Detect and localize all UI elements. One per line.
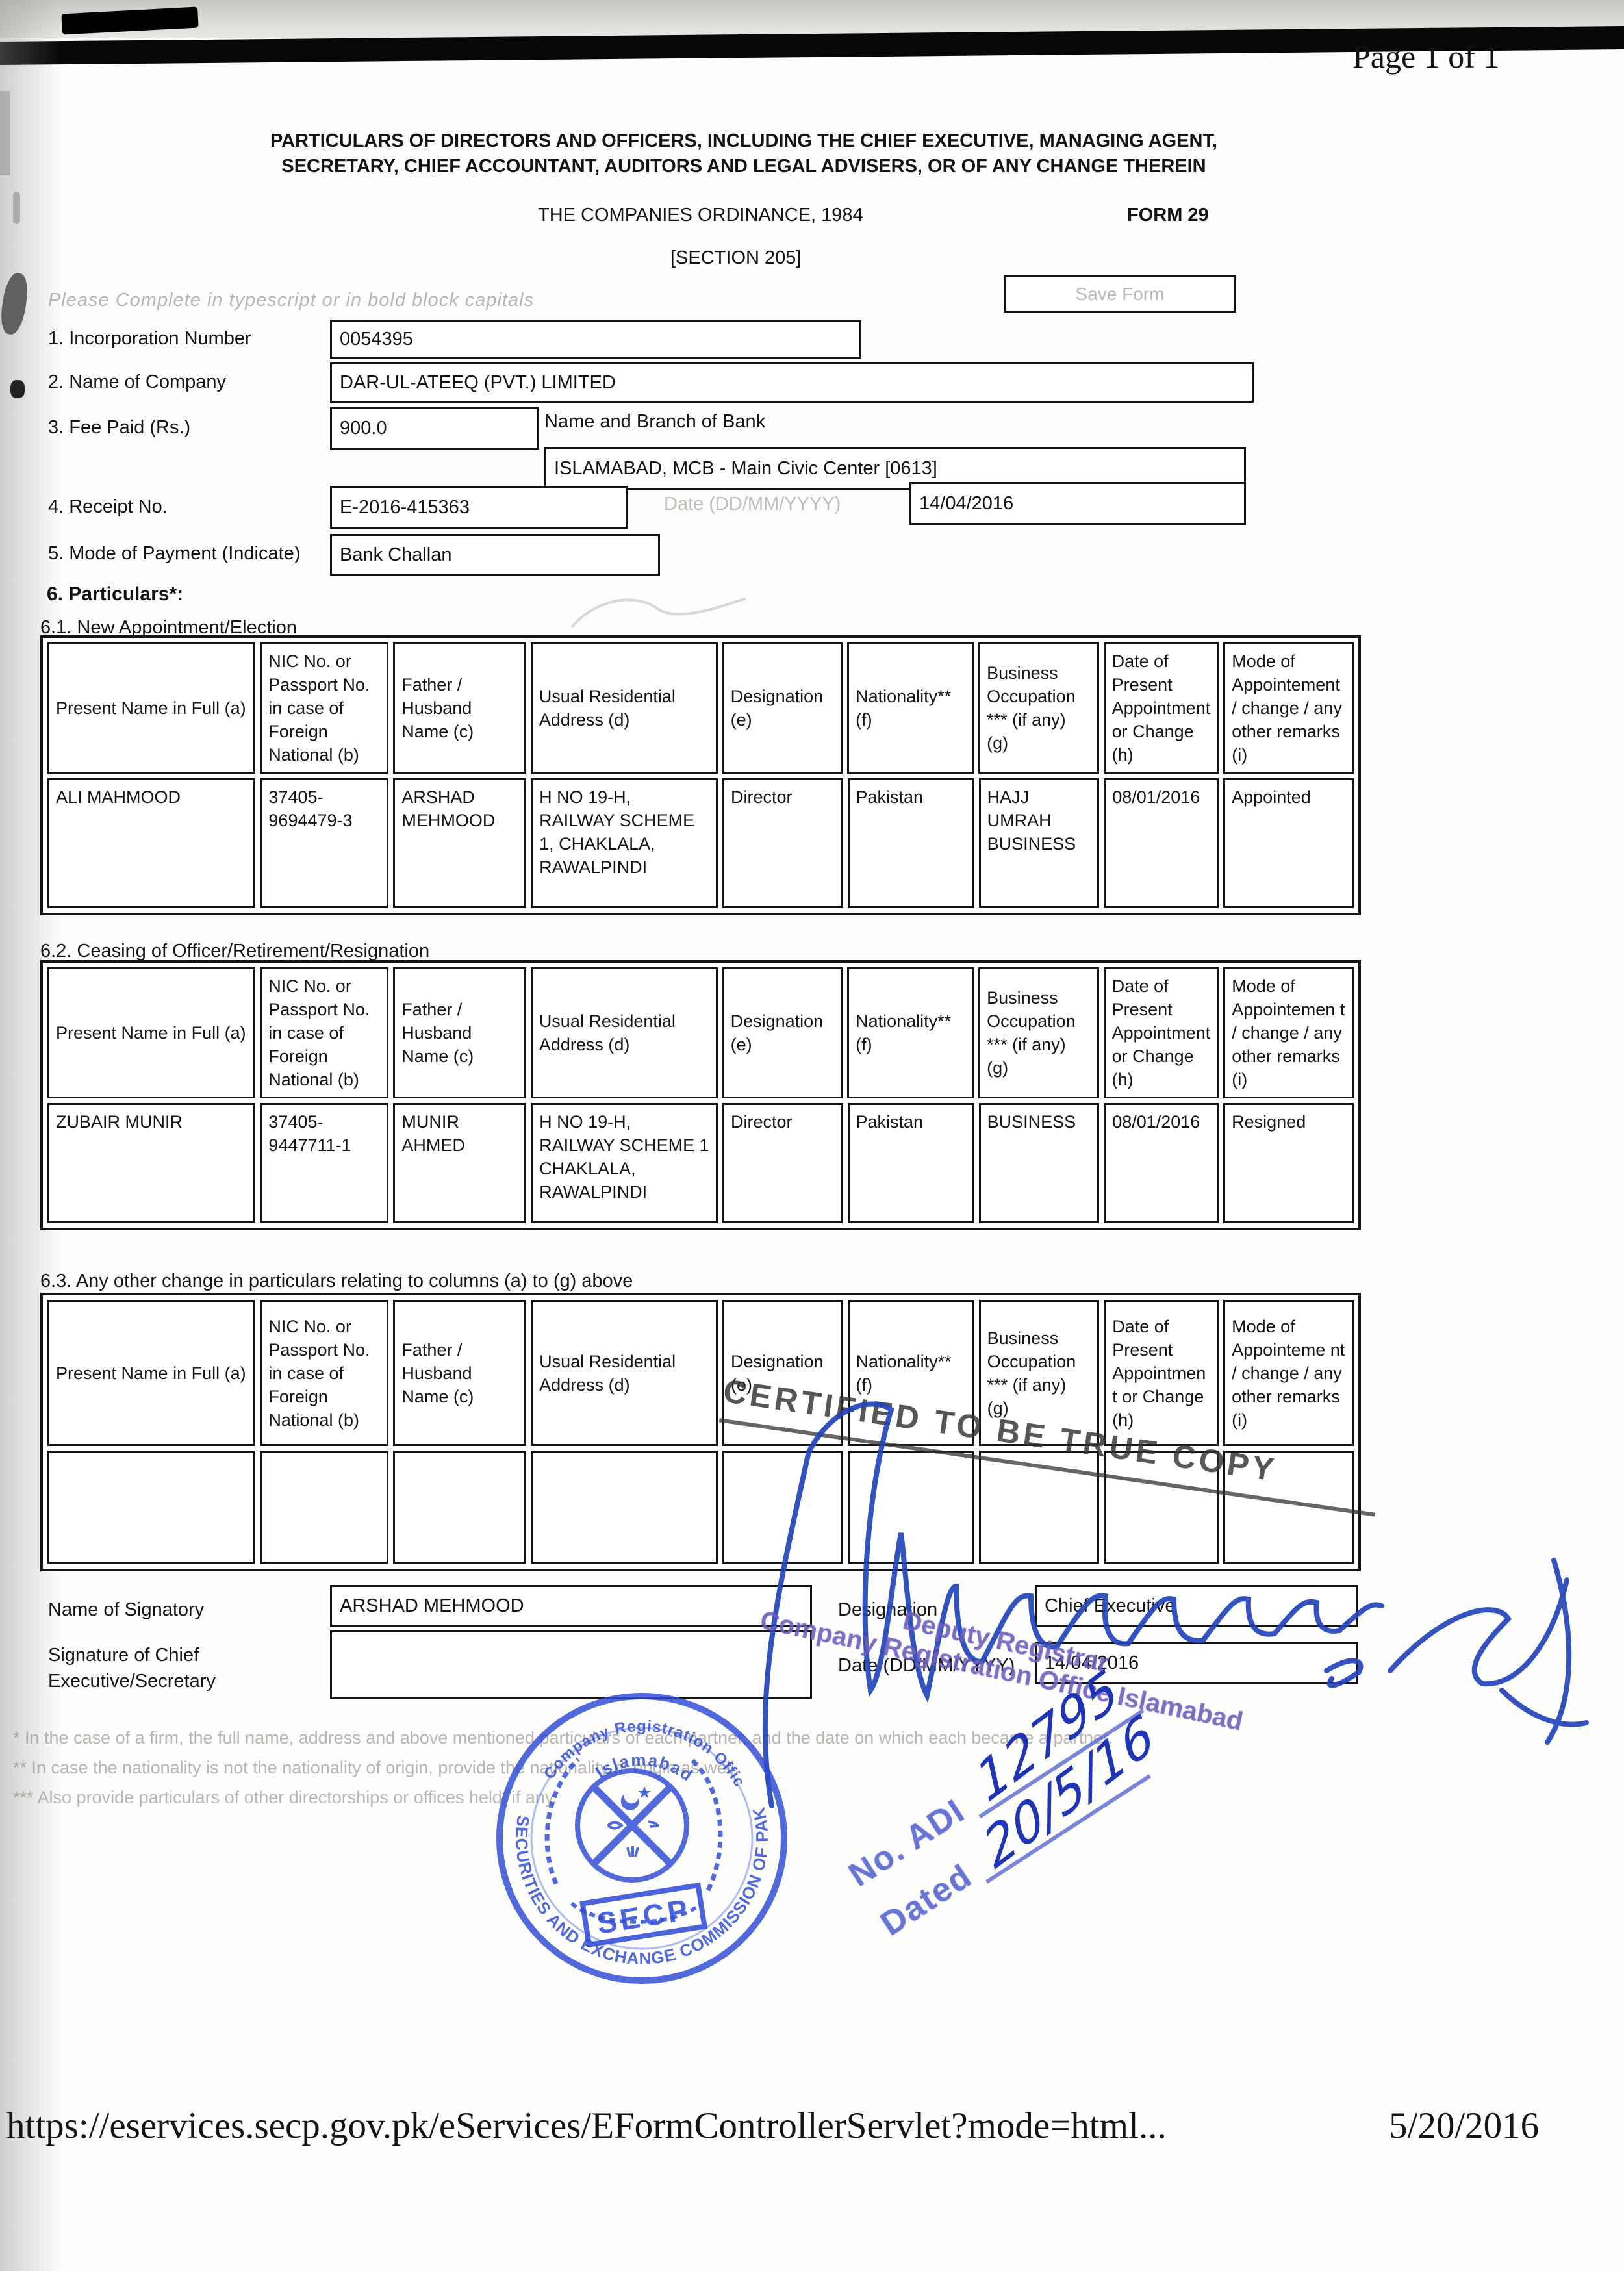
- table-61-cell-occupation: HAJJ UMRAH BUSINESS: [979, 778, 1100, 908]
- fee-paid-field[interactable]: 900.0: [330, 407, 539, 450]
- secp-stamp-city-text: Islamabad: [592, 1750, 697, 1786]
- scan-artifact-mark: [10, 380, 25, 398]
- table-61-cell-date: 08/01/2016: [1104, 778, 1219, 908]
- table-61-cell-father: ARSHAD MEHMOOD: [393, 778, 526, 908]
- table-61-cell-mode: Appointed: [1223, 778, 1354, 908]
- table-62-cell-date: 08/01/2016: [1104, 1103, 1219, 1223]
- page-indicator: Page 1 of 1: [1352, 38, 1499, 75]
- svg-text:Islamabad: Islamabad: [592, 1750, 697, 1786]
- receipt-no-label: 4. Receipt No.: [48, 496, 168, 518]
- save-form-button[interactable]: Save Form: [1004, 275, 1236, 313]
- table-61-cell-nic: 37405-9694479-3: [260, 778, 388, 908]
- form-number: FORM 29: [1127, 205, 1209, 226]
- signature-label: Signature of Chief Executive/Secretary: [48, 1642, 269, 1694]
- signature-flourish-ink: [1351, 1533, 1611, 1760]
- incorporation-number-label: 1. Incorporation Number: [48, 328, 251, 349]
- scanned-form-page: Page 1 of 1 PARTICULARS OF DIRECTORS AND…: [0, 0, 1624, 2271]
- receipt-date-label: Date (DD/MM/YYYY): [664, 494, 841, 515]
- payment-mode-field[interactable]: Bank Challan: [330, 534, 660, 576]
- table-62-header-b: NIC No. or Passport No. in case of Forei…: [260, 967, 388, 1098]
- footer-date: 5/20/2016: [1389, 2105, 1539, 2147]
- particulars-heading: 6. Particulars*:: [47, 583, 183, 605]
- table-62-header-f: Nationality** (f): [847, 967, 974, 1098]
- table-62-header-i: Mode of Appointemen t / change / any oth…: [1223, 967, 1354, 1098]
- table-61-header-e: Designation (e): [722, 642, 843, 774]
- incorporation-number-field[interactable]: 0054395: [330, 320, 861, 359]
- document-title: PARTICULARS OF DIRECTORS AND OFFICERS, I…: [257, 129, 1231, 179]
- ordinance-title: THE COMPANIES ORDINANCE, 1984: [538, 205, 863, 226]
- table-62-cell-occupation: BUSINESS: [979, 1103, 1100, 1223]
- table-62-cell-nationality: Pakistan: [848, 1103, 974, 1223]
- table-62-header-h: Date of Present Appointment or Change (h…: [1104, 967, 1219, 1098]
- table-61-header-row: Present Name in Full (a) NIC No. or Pass…: [47, 642, 1354, 774]
- table-62: Present Name in Full (a) NIC No. or Pass…: [40, 960, 1361, 1230]
- table-61-cell-designation: Director: [722, 778, 843, 908]
- fill-instruction: Please Complete in typescript or in bold…: [48, 290, 534, 311]
- document-title-line1: PARTICULARS OF DIRECTORS AND OFFICERS, I…: [257, 129, 1231, 154]
- table-63-header-a: Present Name in Full (a): [47, 1300, 255, 1446]
- table-62-cell-address: H NO 19-H, RAILWAY SCHEME 1 CHAKLALA, RA…: [531, 1103, 718, 1223]
- table-61-cell-address: H NO 19-H, RAILWAY SCHEME 1, CHAKLALA, R…: [531, 778, 718, 908]
- table-62-cell-mode: Resigned: [1223, 1103, 1354, 1223]
- section-63-title: 6.3. Any other change in particulars rel…: [40, 1271, 633, 1292]
- table-63-header-c: Father / Husband Name (c): [393, 1300, 526, 1446]
- table-61-header-d: Usual Residential Address (d): [531, 642, 718, 774]
- signatory-name-label: Name of Signatory: [48, 1599, 204, 1621]
- pencil-squiggle: [559, 581, 760, 643]
- table-61-header-f: Nationality** (f): [847, 642, 974, 774]
- table-61-header-g: Business Occupation *** (if any) (g): [978, 642, 1098, 774]
- secp-stamp-office-text: Company Registration Office: [494, 1688, 748, 1790]
- table-63-header-b: NIC No. or Passport No. in case of Forei…: [260, 1300, 388, 1446]
- footer-url: https://eservices.secp.gov.pk/eServices/…: [6, 2105, 1167, 2147]
- table-61-header-c: Father / Husband Name (c): [393, 642, 526, 774]
- company-name-label: 2. Name of Company: [48, 372, 226, 393]
- section-62-title: 6.2. Ceasing of Officer/Retirement/Resig…: [40, 941, 429, 962]
- table-62-header-d: Usual Residential Address (d): [531, 967, 718, 1098]
- table-61-data-row: ALI MAHMOOD 37405-9694479-3 ARSHAD MEHMO…: [47, 778, 1354, 908]
- table-61-header-a: Present Name in Full (a): [47, 642, 255, 774]
- table-62-header-row: Present Name in Full (a) NIC No. or Pass…: [47, 967, 1354, 1098]
- table-61-cell-name: ALI MAHMOOD: [47, 778, 255, 908]
- svg-text:Company Registration Office: Company Registration Office: [494, 1688, 748, 1790]
- bank-label: Name and Branch of Bank: [544, 411, 765, 433]
- section-reference: [SECTION 205]: [670, 247, 801, 269]
- table-62-header-e: Designation (e): [722, 967, 843, 1098]
- company-name-field[interactable]: DAR-UL-ATEEQ (PVT.) LIMITED: [330, 362, 1254, 403]
- secp-round-stamp: Company Registration Office Islamabad SE…: [494, 1688, 793, 1996]
- table-62-data-row: ZUBAIR MUNIR 37405-9447711-1 MUNIR AHMED…: [47, 1103, 1354, 1223]
- table-61-cell-nationality: Pakistan: [848, 778, 974, 908]
- table-62-header-a: Present Name in Full (a): [47, 967, 255, 1098]
- table-62-cell-nic: 37405-9447711-1: [260, 1103, 388, 1223]
- payment-mode-label: 5. Mode of Payment (Indicate): [48, 543, 300, 565]
- table-62-cell-father: MUNIR AHMED: [393, 1103, 526, 1223]
- receipt-date-field[interactable]: 14/04/2016: [909, 482, 1246, 525]
- table-61-header-b: NIC No. or Passport No. in case of Forei…: [260, 642, 388, 774]
- document-title-line2: SECRETARY, CHIEF ACCOUNTANT, AUDITORS AN…: [257, 154, 1231, 179]
- table-61-header-h: Date of Present Appointment or Change (h…: [1104, 642, 1219, 774]
- table-61-header-i: Mode of Appointement / change / any othe…: [1223, 642, 1354, 774]
- table-62-cell-name: ZUBAIR MUNIR: [47, 1103, 255, 1223]
- table-62-header-c: Father / Husband Name (c): [393, 967, 526, 1098]
- table-63-cell-father: [393, 1451, 526, 1564]
- table-63-cell-nic: [260, 1451, 388, 1564]
- table-61: Present Name in Full (a) NIC No. or Pass…: [40, 635, 1361, 915]
- table-62-cell-designation: Director: [722, 1103, 843, 1223]
- table-63-cell-name: [47, 1451, 255, 1564]
- receipt-no-field[interactable]: E-2016-415363: [330, 486, 628, 529]
- table-62-header-g: Business Occupation *** (if any) (g): [978, 967, 1098, 1098]
- fee-paid-label: 3. Fee Paid (Rs.): [48, 417, 190, 438]
- scan-artifact-mark: [13, 192, 20, 224]
- scan-artifact-mark: [0, 91, 10, 175]
